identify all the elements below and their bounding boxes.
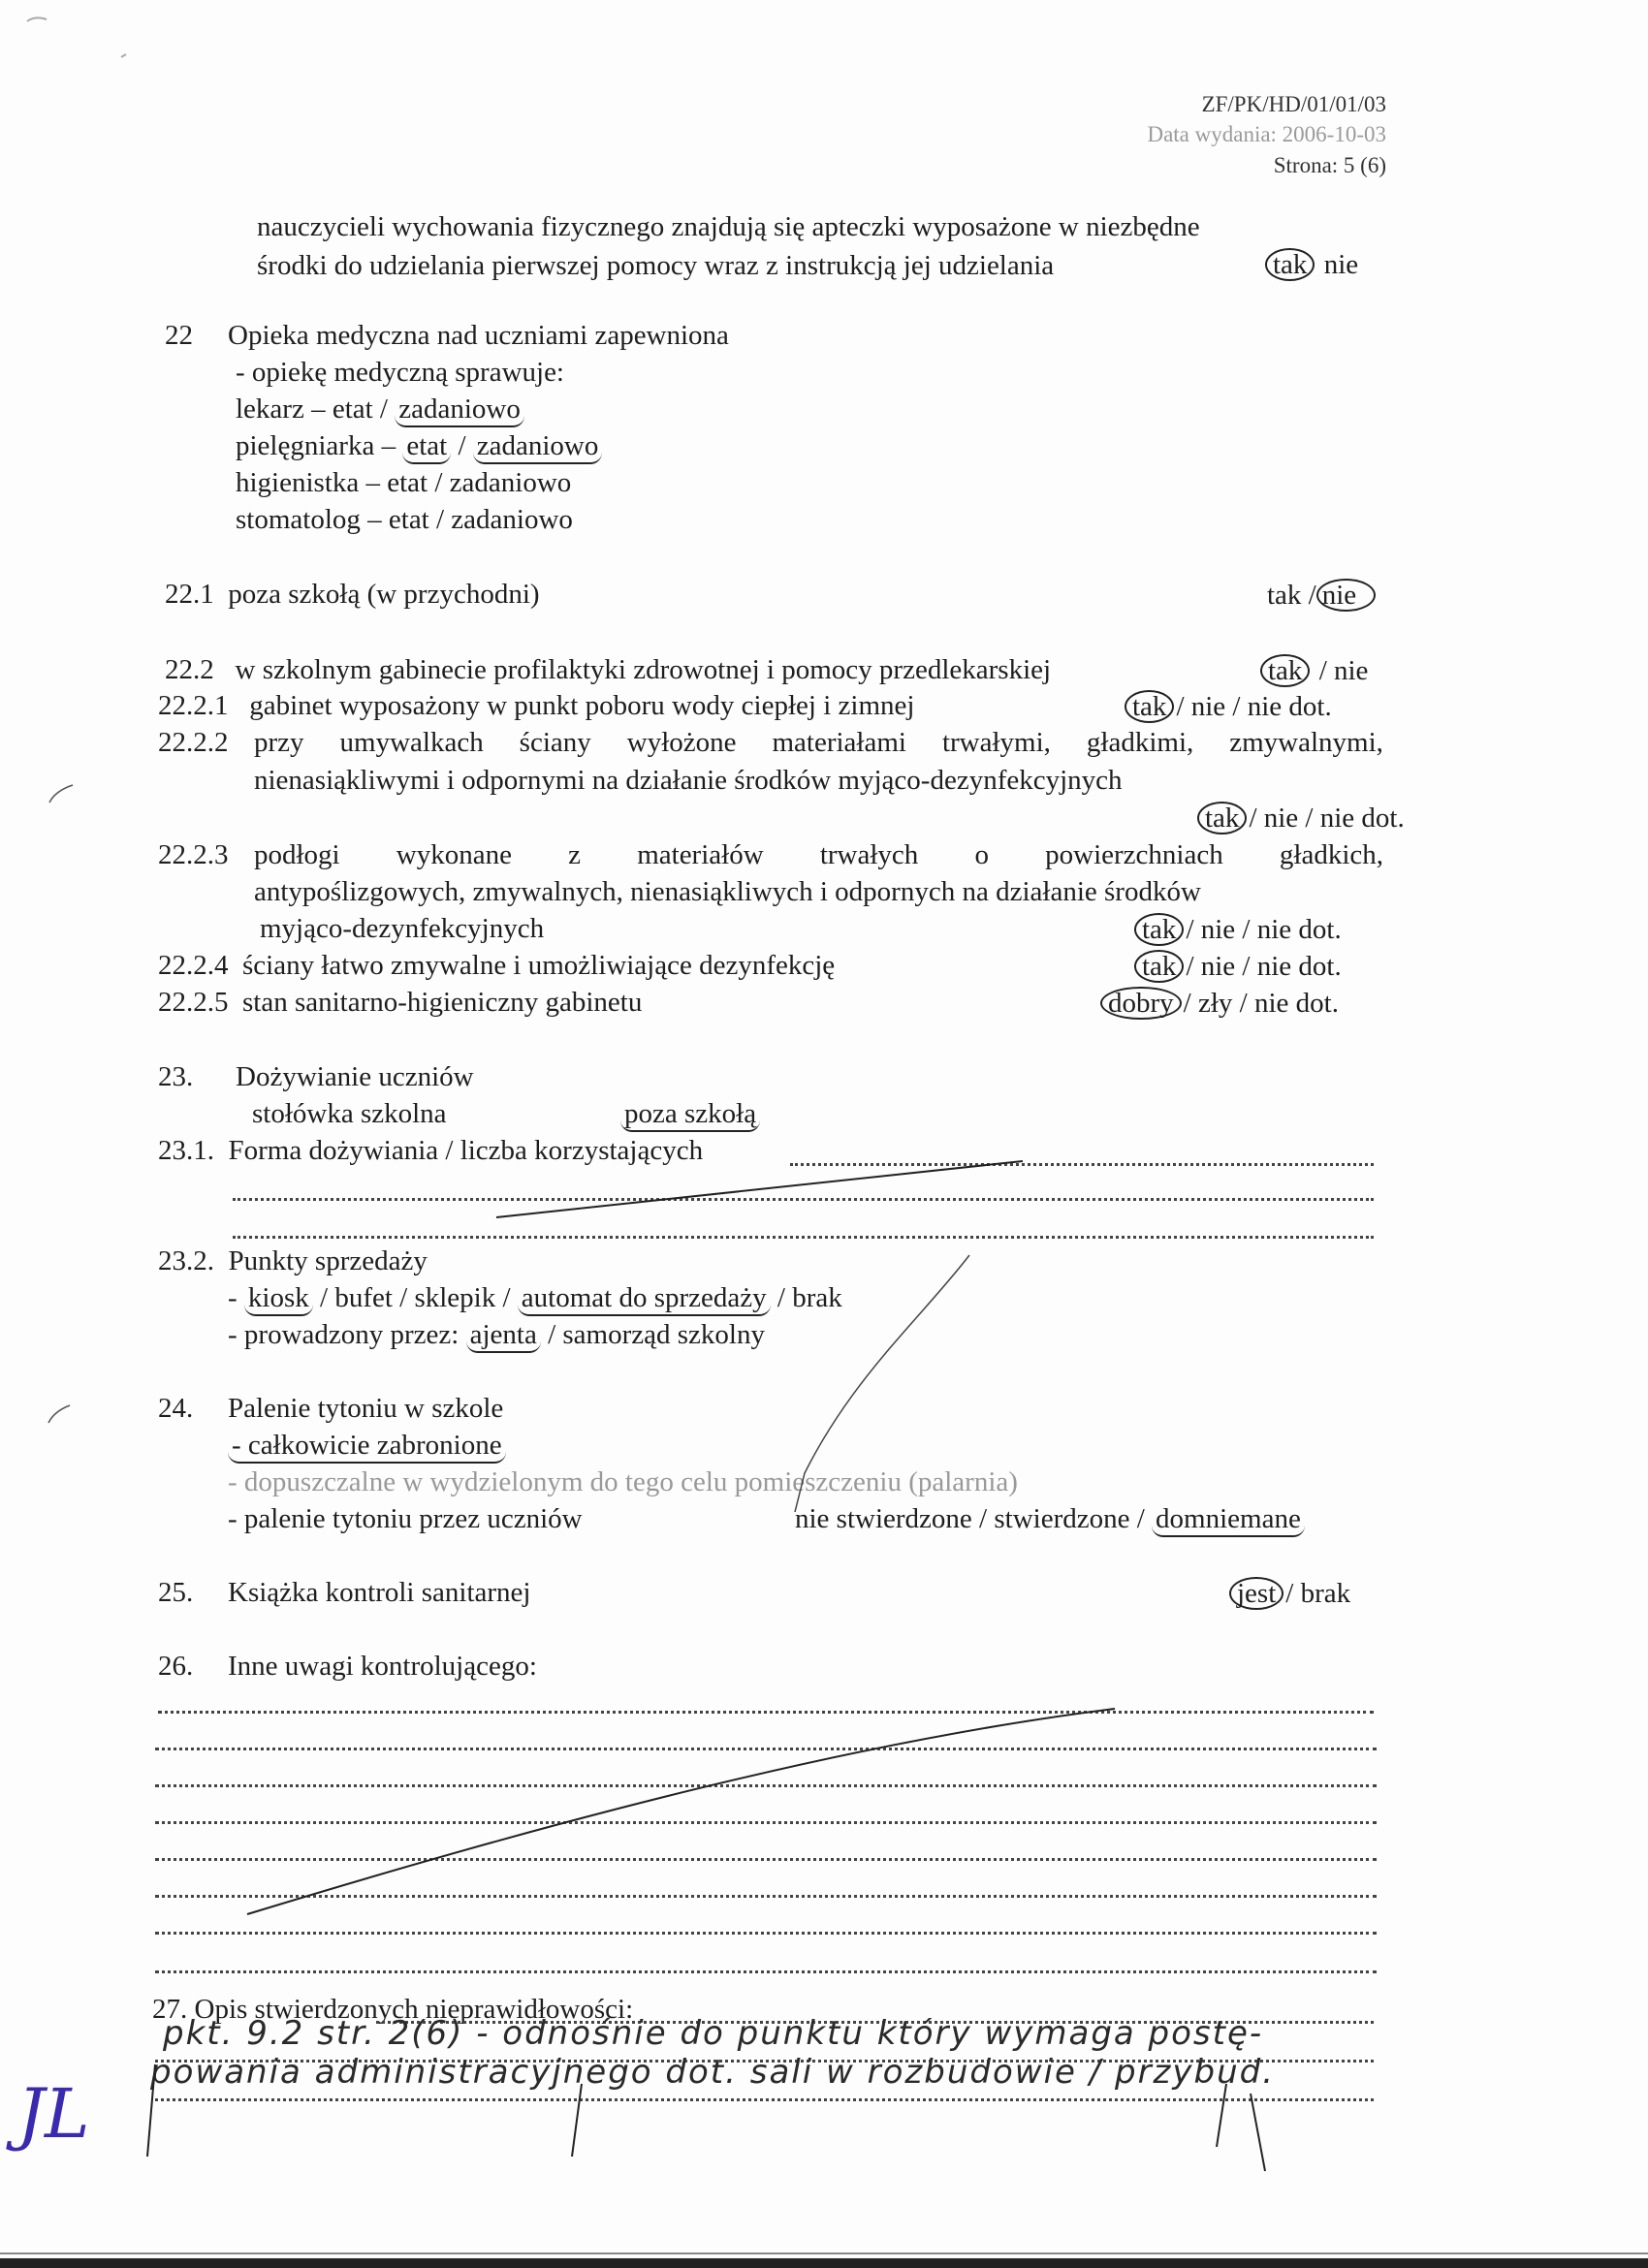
section-number: 23.2. — [158, 1245, 214, 1276]
remarks-line[interactable] — [155, 1858, 1377, 1861]
answer-selected[interactable]: tak — [1260, 654, 1310, 687]
word: przy — [254, 727, 304, 759]
intro-line-2: środki do udzielania pierwszej pomocy wr… — [257, 250, 1054, 282]
word: trwałych — [820, 839, 918, 871]
run-by-other: / samorząd szkolny — [541, 1319, 765, 1350]
section-22-2-3-line-1: podłogiwykonanezmateriałówtrwałychopowie… — [254, 839, 1383, 871]
smoking-option-selected: - całkowicie zabronione — [228, 1430, 506, 1464]
section-25-text: Książka kontroli sanitarnej — [228, 1577, 530, 1609]
answer-other[interactable]: / brak — [1285, 1578, 1350, 1609]
word: podłogi — [254, 839, 340, 871]
section-22-2-2-answer: tak/ nie / nie dot. — [1197, 802, 1405, 835]
section-22-number: 22 — [165, 320, 193, 352]
intro-line-1: nauczycieli wychowania fizycznego znajdu… — [257, 211, 1200, 243]
answer-other[interactable]: / nie / nie dot. — [1176, 691, 1331, 722]
section-number: 22.2 — [165, 654, 214, 685]
section-text: poza szkołą (w przychodni) — [228, 579, 539, 610]
section-22-2-4-answer: tak/ nie / nie dot. — [1134, 950, 1342, 983]
word: wyłożone — [627, 727, 737, 759]
section-text: stan sanitarno-higieniczny gabinetu — [242, 987, 642, 1018]
word: o — [974, 839, 989, 871]
word: wykonane — [396, 839, 512, 871]
word: z — [568, 839, 581, 871]
intro-answer: tak nie — [1265, 248, 1358, 281]
section-text: gabinet wyposażony w punkt poboru wody c… — [249, 690, 914, 721]
word: powierzchniach — [1045, 839, 1223, 871]
answer-other[interactable]: / nie / nie dot. — [1186, 914, 1341, 945]
section-number: 22.2.5 — [158, 987, 229, 1018]
answer-selected[interactable]: nie — [1316, 579, 1376, 612]
section-25-answer: jest/ brak — [1229, 1577, 1350, 1610]
section-22-2-3-number: 22.2.3 — [158, 839, 229, 871]
margin-signature: JL — [17, 2074, 90, 2154]
answer-selected[interactable]: jest — [1229, 1577, 1284, 1610]
page-bottom-rule — [0, 2252, 1648, 2254]
answer-selected[interactable]: tak — [1134, 950, 1184, 983]
section-22-2-2-number: 22.2.2 — [158, 727, 229, 759]
section-22-title: Opieka medyczna nad uczniami zapewniona — [228, 320, 729, 352]
section-text: ściany łatwo zmywalne i umożliwiające de… — [242, 950, 835, 981]
section-22-2-3-line-2: antypoślizgowych, zmywalnych, nienasiąkl… — [254, 876, 1201, 908]
answer-selected[interactable]: domniemane — [1152, 1503, 1305, 1537]
section-22-sub: - opiekę medyczną sprawuje: — [236, 357, 564, 389]
run-by-selected[interactable]: ajenta — [466, 1319, 541, 1353]
remarks-line[interactable] — [155, 1821, 1377, 1824]
fill-line[interactable] — [790, 1163, 1374, 1166]
answer-other[interactable]: / nie / nie dot. — [1186, 951, 1341, 982]
word: gładkich, — [1280, 839, 1383, 871]
section-22-2-4: 22.2.4 ściany łatwo zmywalne i umożliwia… — [158, 950, 835, 982]
section-number: 23.1. — [158, 1135, 214, 1166]
word: zmywalnymi, — [1229, 727, 1383, 759]
section-23-title: Dożywianie uczniów — [236, 1061, 474, 1093]
word: gładkimi, — [1087, 727, 1193, 759]
page-number: Strona: 5 (6) — [1274, 153, 1386, 178]
word: ściany — [520, 727, 591, 759]
answer-selected[interactable]: tak — [1197, 802, 1247, 835]
word: materiałów — [637, 839, 763, 871]
section-22-1-answer: tak /nie — [1267, 579, 1378, 612]
staff-nurse-selected-2[interactable]: zadaniowo — [473, 430, 603, 464]
section-26-text: Inne uwagi kontrolującego: — [228, 1651, 537, 1683]
section-22-2-answer: tak / nie — [1260, 654, 1368, 687]
section-22-2-1-answer: tak/ nie / nie dot. — [1125, 690, 1332, 723]
staff-doctor: lekarz – etat / zadaniowo — [236, 394, 524, 427]
answer-other[interactable]: nie — [1324, 249, 1358, 280]
section-22-2-3-line-3: myjąco-dezynfekcyjnych — [260, 913, 544, 945]
answer-selected[interactable]: tak — [1134, 913, 1184, 946]
staff-dentist: stomatolog – etat / zadaniowo — [236, 504, 573, 536]
remarks-line[interactable] — [155, 1895, 1377, 1898]
remarks-line[interactable] — [155, 1784, 1377, 1787]
word: trwałymi, — [942, 727, 1051, 759]
staff-doctor-selected[interactable]: zadaniowo — [395, 394, 524, 427]
word: umywalkach — [340, 727, 484, 759]
findings-handwritten-1: pkt. 9.2 str. 2(6) - odnośnie do punktu … — [163, 2014, 1263, 2053]
section-text: w szkolnym gabinecie profilaktyki zdrowo… — [236, 654, 1052, 685]
answer-other[interactable]: / nie / nie dot. — [1249, 803, 1404, 834]
word: materiałami — [772, 727, 906, 759]
answer-selected[interactable]: tak — [1265, 248, 1315, 281]
section-22-2-3-answer: tak/ nie / nie dot. — [1134, 913, 1342, 946]
remarks-line[interactable] — [155, 1748, 1377, 1750]
answer-selected[interactable]: dobry — [1100, 987, 1182, 1020]
student-smoking-answer: nie stwierdzone / stwierdzone / domniema… — [795, 1503, 1305, 1537]
staff-nurse: pielęgniarka – etat / zadaniowo — [236, 430, 602, 464]
remarks-line[interactable] — [155, 1932, 1377, 1935]
section-22-2-2-line-2: nienasiąkliwymi i odpornymi na działanie… — [254, 765, 1123, 797]
section-22-2-1: 22.2.1 gabinet wyposażony w punkt poboru… — [158, 690, 914, 722]
staff-doctor-label: lekarz – etat / — [236, 394, 395, 425]
section-number: 22.1 — [165, 579, 214, 610]
section-23-number: 23. — [158, 1061, 193, 1093]
sales-selected-vending[interactable]: automat do sprzedaży — [518, 1282, 771, 1316]
run-by-label: - prowadzony przez: — [228, 1319, 466, 1350]
section-24-title: Palenie tytoniu w szkole — [228, 1393, 503, 1425]
answer-other[interactable]: / zły / nie dot. — [1184, 988, 1339, 1019]
section-23-1: 23.1. Forma dożywiania / liczba korzysta… — [158, 1135, 703, 1167]
canteen-selected: poza szkołą — [620, 1098, 760, 1132]
scan-edge — [0, 2258, 1648, 2268]
findings-line[interactable] — [155, 2098, 1374, 2101]
sales-other: / brak — [771, 1282, 842, 1313]
findings-handwritten-2: powania administracyjnego dot. sali w ro… — [150, 2053, 1275, 2092]
answer-other[interactable]: / nie — [1319, 655, 1369, 686]
section-22-2: 22.2 w szkolnym gabinecie profilaktyki z… — [165, 654, 1051, 686]
document-code: ZF/PK/HD/01/01/03 — [1202, 92, 1386, 117]
remarks-line[interactable] — [158, 1711, 1374, 1714]
smoking-selected[interactable]: - całkowicie zabronione — [228, 1430, 506, 1464]
answer-selected[interactable]: tak — [1125, 690, 1174, 723]
fill-line[interactable] — [233, 1236, 1374, 1239]
sales-options: - kiosk / bufet / sklepik / automat do s… — [228, 1282, 842, 1316]
section-25-number: 25. — [158, 1577, 193, 1609]
staff-nurse-selected-1[interactable]: etat — [402, 430, 451, 464]
section-number: 22.2.1 — [158, 690, 229, 721]
student-smoking-label: - palenie tytoniu przez uczniów — [228, 1503, 583, 1535]
section-26-number: 26. — [158, 1651, 193, 1683]
section-22-2-2-line-1: przyumywalkachścianywyłożonemateriałamit… — [254, 727, 1383, 759]
section-23-2: 23.2. Punkty sprzedaży — [158, 1245, 428, 1277]
sales-other: / bufet / sklepik / — [313, 1282, 518, 1313]
staff-hygienist: higienistka – etat / zadaniowo — [236, 467, 571, 499]
answer-other[interactable]: nie stwierdzone / stwierdzone / — [795, 1503, 1152, 1534]
answer-other[interactable]: tak / — [1267, 580, 1316, 611]
section-text: Forma dożywiania / liczba korzystających — [229, 1135, 704, 1166]
canteen-selected-value[interactable]: poza szkołą — [620, 1098, 760, 1132]
section-number: 22.2.4 — [158, 950, 229, 981]
staff-nurse-label: pielęgniarka – — [236, 430, 402, 461]
section-text: Punkty sprzedaży — [229, 1245, 428, 1276]
section-22-2-5: 22.2.5 stan sanitarno-higieniczny gabine… — [158, 987, 642, 1019]
issue-date: Data wydania: 2006-10-03 — [1147, 122, 1386, 147]
run-by: - prowadzony przez: ajenta / samorząd sz… — [228, 1319, 765, 1353]
section-24-number: 24. — [158, 1393, 193, 1425]
smoking-option-faded: - dopuszczalne w wydzielonym do tego cel… — [228, 1466, 1018, 1498]
fill-line[interactable] — [233, 1198, 1374, 1201]
dash: - — [228, 1282, 244, 1313]
section-22-1: 22.1 poza szkołą (w przychodni) — [165, 579, 540, 611]
canteen-label: stołówka szkolna — [252, 1098, 447, 1130]
section-22-2-5-answer: dobry/ zły / nie dot. — [1100, 987, 1339, 1020]
separator: / — [451, 430, 473, 461]
sales-selected-kiosk[interactable]: kiosk — [244, 1282, 313, 1316]
remarks-line[interactable] — [155, 1970, 1377, 1973]
